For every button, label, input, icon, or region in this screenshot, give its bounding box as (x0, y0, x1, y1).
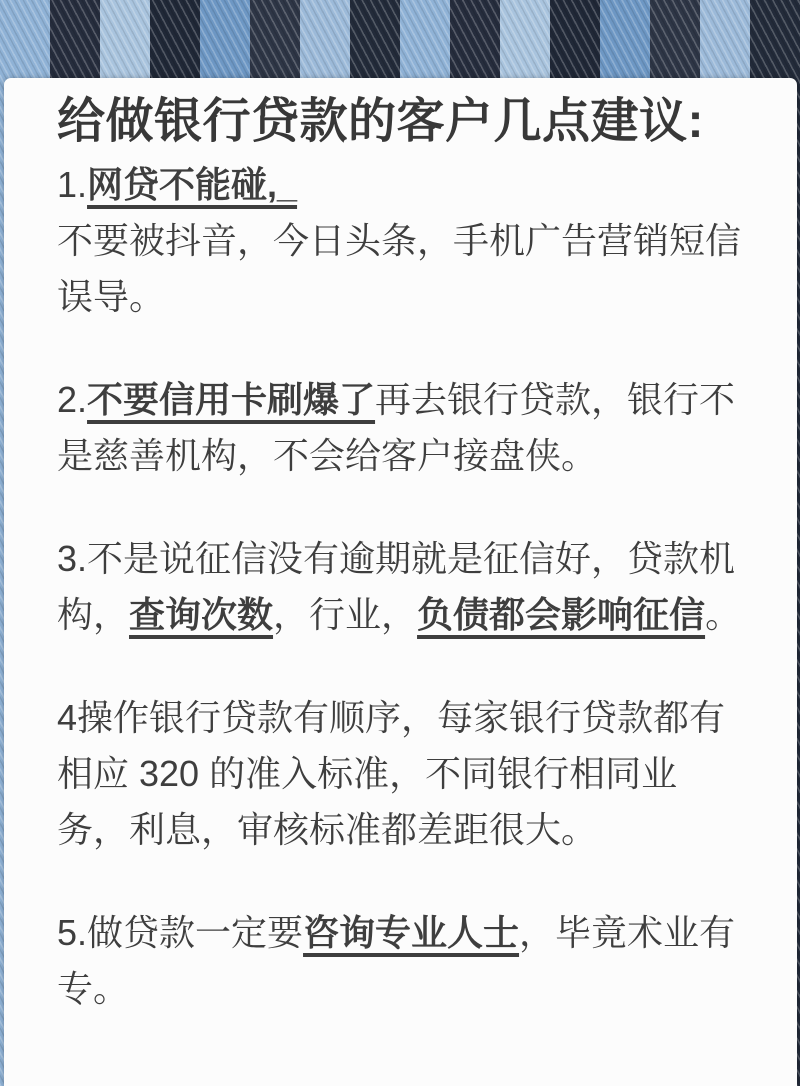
text-segment: 查询次数 (129, 594, 273, 635)
page-title: 给做银行贷款的客户几点建议: (57, 92, 749, 152)
denim-background: 给做银行贷款的客户几点建议: 1.网贷不能碰,_不要被抖音，今日头条，手机广告营… (0, 0, 800, 1086)
advice-point-1: 1.网贷不能碰,_不要被抖音，今日头条，手机广告营销短信误导。 (57, 157, 749, 325)
advice-point-4: 4操作银行贷款有顺序，每家银行贷款都有相应 320 的准入标准，不同银行相同业务… (57, 690, 749, 858)
text-segment: 咨询专业人士 (303, 912, 519, 953)
text-segment: ，行业， (273, 594, 417, 635)
advice-point-5: 5.做贷款一定要咨询专业人士，毕竟术业有专。 (57, 905, 749, 1017)
advice-list: 1.网贷不能碰,_不要被抖音，今日头条，手机广告营销短信误导。 2.不要信用卡刷… (57, 157, 749, 1017)
text-segment: 。 (705, 594, 741, 635)
advice-point-3: 3.不是说征信没有逾期就是征信好，贷款机构，查询次数，行业，负债都会影响征信。 (57, 531, 749, 643)
text-segment: 负债都会影响征信 (417, 594, 705, 635)
text-segment: 网贷不能碰,_ (87, 164, 297, 205)
advice-point-2: 2.不要信用卡刷爆了再去银行贷款，银行不是慈善机构，不会给客户接盘侠。 (57, 372, 749, 484)
content-panel: 给做银行贷款的客户几点建议: 1.网贷不能碰,_不要被抖音，今日头条，手机广告营… (4, 78, 797, 1086)
text-segment: 4操作银行贷款有顺序，每家银行贷款都有相应 320 的准入标准，不同银行相同业务… (57, 697, 725, 850)
text-segment: 不要被抖音，今日头条，手机广告营销短信误导。 (57, 220, 741, 317)
text-segment: 2. (57, 379, 87, 420)
text-segment: 不要信用卡刷爆了 (87, 379, 375, 420)
text-segment: 1. (57, 164, 87, 205)
text-segment: 5.做贷款一定要 (57, 912, 303, 953)
